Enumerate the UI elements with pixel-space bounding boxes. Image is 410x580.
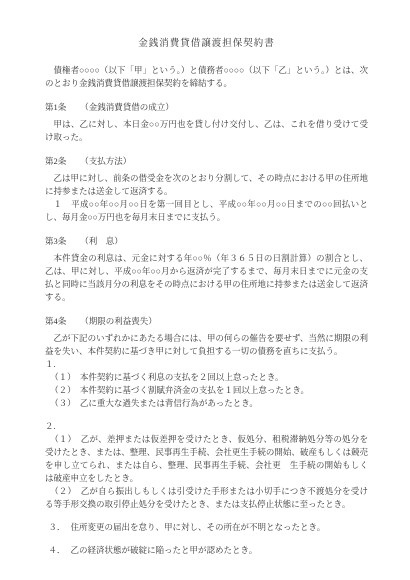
preamble-paragraph: 債権者○○○○（以下「甲」という。）と債務者○○○○（以下「乙」という。）とは、… — [45, 64, 368, 90]
article-1-title: （金銭消費貸借の成立） — [80, 102, 174, 112]
article-3-heading: 第3条 （利 息） — [45, 235, 368, 248]
clause-1-label: １. — [45, 358, 368, 371]
article-1: 第1条 （金銭消費貸借の成立） 甲は、乙に対し、本日金○○万円也を貸し付け交付し… — [45, 101, 368, 144]
clause-2-item-2: （２） 乙が自ら振出しもしくは引受けた手形または小切手につき不渡処分を受ける等手… — [45, 485, 368, 511]
article-2-paragraph-1: 乙は甲に対し、前条の借受金を次のとおり分割して、その時点における甲の住所地に持参… — [45, 172, 368, 198]
clause-3-label: ３． — [48, 522, 65, 532]
article-2-number: 第2条 — [45, 156, 66, 166]
clause-2-item-1: （１） 乙が、差押または仮差押を受けたとき、仮処分、租税滞納処分等の処分を受けた… — [45, 433, 368, 485]
article-3-number: 第3条 — [45, 236, 66, 246]
article-4: 第4条 （期限の利益喪失） 乙が下記のいずれかにあたる場合には、甲の何らの催告を… — [45, 315, 368, 557]
contract-document-page: 金銭消費貸借譲渡担保契約書 債権者○○○○（以下「甲」という。）と債務者○○○○… — [0, 0, 410, 580]
article-4-clause-4: ４． 乙の経済状態が破綻に陥ったと甲が認めたとき。 — [45, 544, 368, 557]
clause-1-item-1: （１） 本件契約に基づく利息の支払を２回以上怠ったとき。 — [45, 371, 368, 384]
clause-2-label: ２. — [45, 420, 368, 433]
clause-3-text: 住所変更の届出を怠り、甲に対し、その所在が不明となったとき。 — [71, 522, 326, 532]
article-2-heading: 第2条 （支払方法） — [45, 155, 368, 168]
clause-4-text: 乙の経済状態が破綻に陥ったと甲が認めたとき。 — [71, 545, 258, 555]
article-2-title: （支払方法） — [80, 156, 131, 166]
article-1-paragraph: 甲は、乙に対し、本日金○○万円也を貸し付け交付し、乙は、これを借り受けて受け取っ… — [45, 118, 368, 144]
article-4-heading: 第4条 （期限の利益喪失） — [45, 315, 368, 328]
clause-4-label: ４． — [48, 545, 65, 555]
clause-4-line: ４． 乙の経済状態が破綻に陥ったと甲が認めたとき。 — [45, 544, 368, 557]
clause-1-item-3: （３） 乙に重大な過失または背信行為があったとき。 — [45, 397, 368, 410]
clause-3-line: ３． 住所変更の届出を怠り、甲に対し、その所在が不明となったとき。 — [45, 521, 368, 534]
article-3-title: （利 息） — [80, 236, 123, 246]
article-4-title: （期限の利益喪失） — [80, 316, 157, 326]
article-3: 第3条 （利 息） 本件貸金の利息は、元金に対する年○○％（年３６５日の日割計算… — [45, 235, 368, 304]
article-4-clause-1: １. （１） 本件契約に基づく利息の支払を２回以上怠ったとき。 （２） 本件契約… — [45, 358, 368, 410]
article-1-heading: 第1条 （金銭消費貸借の成立） — [45, 101, 368, 114]
document-title: 金銭消費貸借譲渡担保契約書 — [45, 38, 368, 51]
article-4-clause-3: ３． 住所変更の届出を怠り、甲に対し、その所在が不明となったとき。 — [45, 521, 368, 534]
article-2-paragraph-2: １ 平成○○年○○月○○日を第一回目とし、平成○○年○○月○○日までの○○回払い… — [45, 198, 368, 224]
article-3-paragraph: 本件貸金の利息は、元金に対する年○○％（年３６５日の日割計算）の割合とし、乙は、… — [45, 252, 368, 304]
article-4-number: 第4条 — [45, 316, 66, 326]
article-4-paragraph: 乙が下記のいずれかにあたる場合には、甲の何らの催告を要せず、当然に期限の利益を失… — [45, 332, 368, 358]
clause-1-item-2: （２） 本件契約に基づく割賦弁済金の支払を１回以上怠ったとき。 — [45, 384, 368, 397]
article-2: 第2条 （支払方法） 乙は甲に対し、前条の借受金を次のとおり分割して、その時点に… — [45, 155, 368, 224]
article-4-clause-2: ２. （１） 乙が、差押または仮差押を受けたとき、仮処分、租税滞納処分等の処分を… — [45, 420, 368, 511]
article-1-number: 第1条 — [45, 102, 66, 112]
